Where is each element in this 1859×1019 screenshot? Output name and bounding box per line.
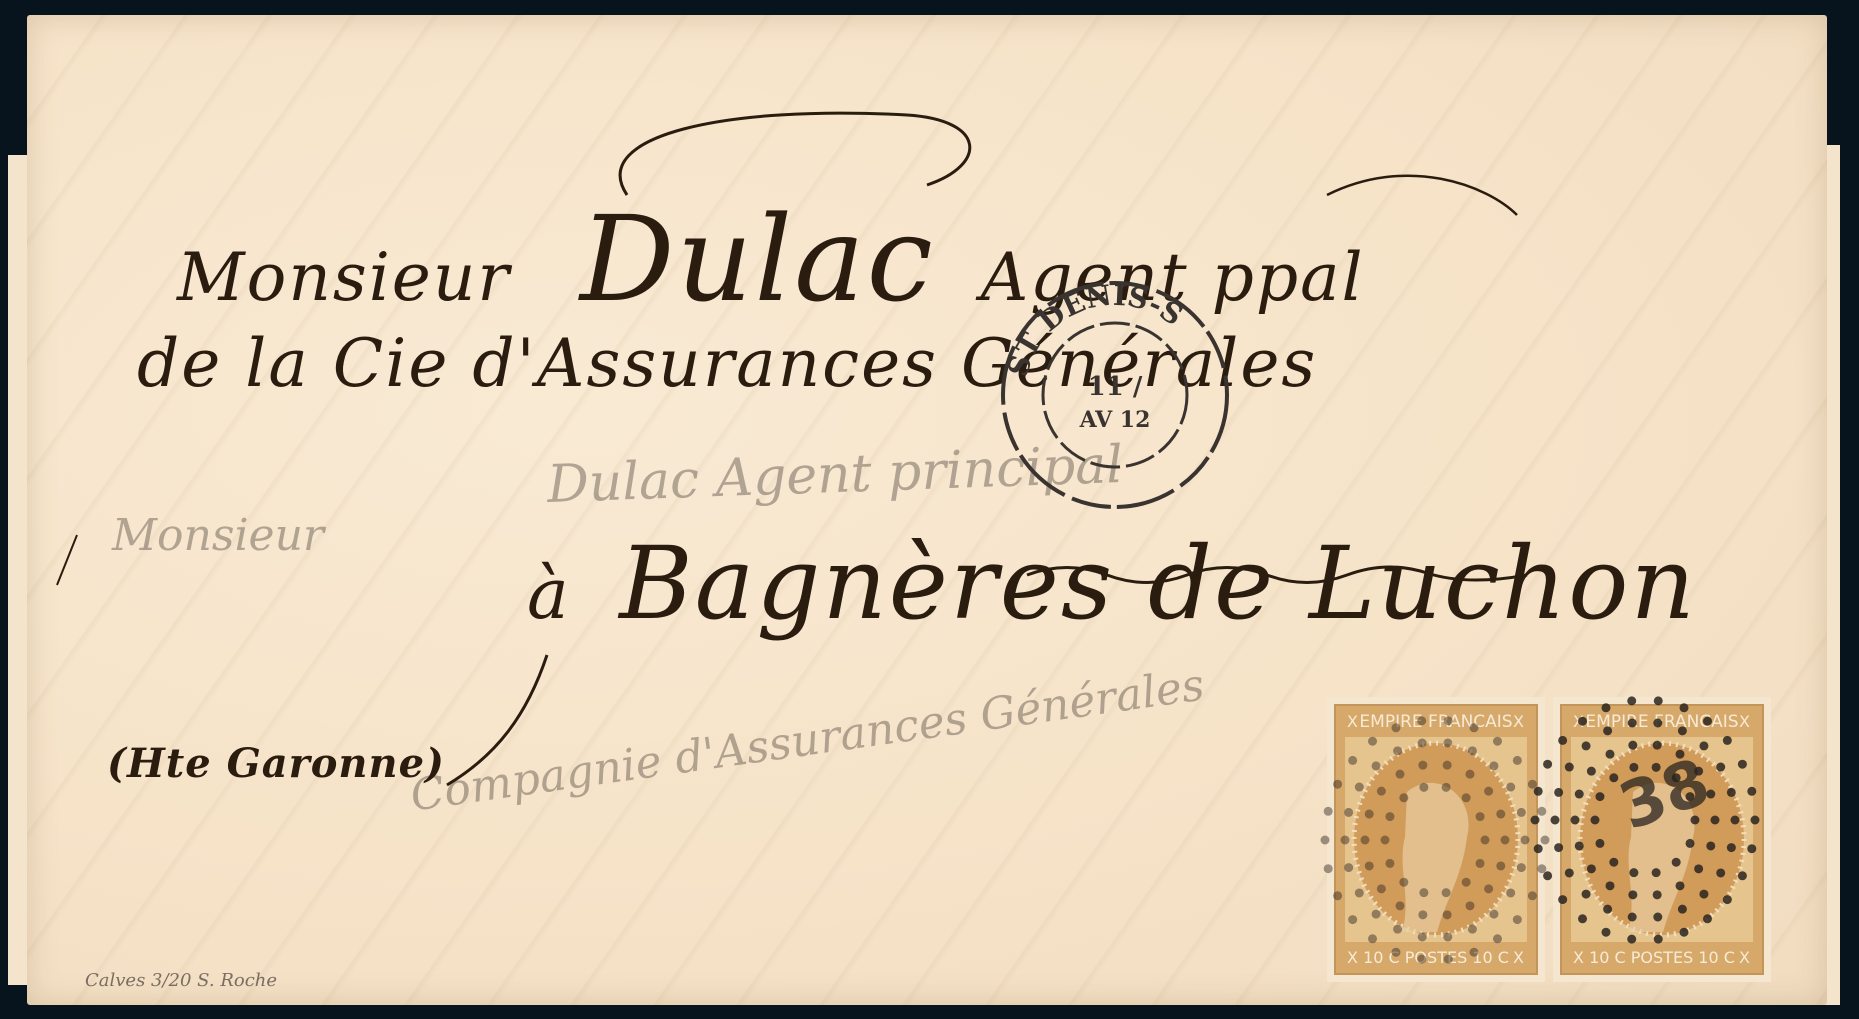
addressee-name: Dulac [580,190,935,328]
destination-city: Bagnères de Luchon [619,525,1697,642]
postmark-town: ST DENIS-S [1001,278,1189,380]
address-line-3: à Bagnères de Luchon [527,525,1697,642]
salutation: Monsieur [177,239,511,316]
expert-signature: Calves 3/20 S. Roche [85,970,277,991]
company-abbrev: Cie [333,325,450,402]
line2-prefix: de la [137,325,310,402]
svg-text:AV 12: AV 12 [1079,407,1151,433]
svg-text:11 /: 11 / [1088,372,1143,402]
department: (Hte Garonne) [107,740,445,787]
datestamp-postmark: ST DENIS-S 11 / AV 12 [985,255,1245,515]
pencil-word-left: Monsieur [112,510,324,561]
dotted-numeral-cancel: 38 [1300,690,1820,990]
line3-prefix: à [527,553,571,635]
svg-text:38: 38 [1610,745,1719,845]
pencil-lower-line: Compagnie d'Assurances Générales [407,660,1207,822]
